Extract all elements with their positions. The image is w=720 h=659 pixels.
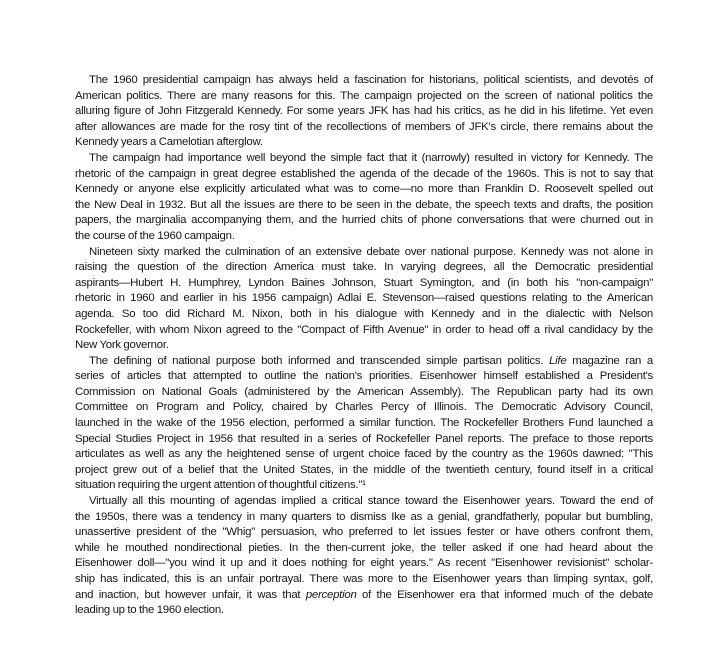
text-line: papers, the marginalia accompanying them…: [75, 213, 653, 229]
text-line: articulates as well as any the heightene…: [75, 447, 653, 463]
text-line: Committee on Program and Policy, chaired…: [75, 400, 653, 416]
text-line: New York governor.: [75, 338, 653, 354]
body-text: The 1960 presidential campaign has alway…: [75, 73, 653, 619]
text-line: Kennedy years a Camelotian afterglow.: [75, 135, 653, 151]
text-line: agenda. So too did Richard M. Nixon, bot…: [75, 307, 653, 323]
text-line: Rockefeller, with whom Nixon agreed to t…: [75, 323, 653, 339]
text-line: unassertive president of the "Whig" pers…: [75, 525, 653, 541]
text-line: Special Studies Project in 1956 that res…: [75, 432, 653, 448]
text-line: Virtually all this mounting of agendas i…: [75, 494, 653, 510]
text-line: series of articles that attempted to out…: [75, 369, 653, 385]
text-line: The 1960 presidential campaign has alway…: [75, 73, 653, 89]
paragraph-1: The 1960 presidential campaign has alway…: [75, 73, 653, 151]
text-line: leading up to the 1960 election.: [75, 603, 653, 619]
text-line: The campaign had importance well beyond …: [75, 151, 653, 167]
text-line: rhetoric in 1960 and earlier in his 1956…: [75, 291, 653, 307]
text-line: rhetoric of the campaign in great degree…: [75, 167, 653, 183]
text-line: Eisenhower doll—"you wind it up and it d…: [75, 556, 653, 572]
text-line: Nineteen sixty marked the culmination of…: [75, 245, 653, 261]
text-line: the 1950s, there was a tendency in many …: [75, 510, 653, 526]
text-line: and inaction, but however unfair, it was…: [75, 588, 653, 604]
text-line: after allowances are made for the rosy t…: [75, 120, 653, 136]
text-line: the course of the 1960 campaign.: [75, 229, 653, 245]
text-line: Kennedy or anyone else explicitly articu…: [75, 182, 653, 198]
text-line: ship has indicated, this is an unfair po…: [75, 572, 653, 588]
paragraph-4: The defining of national purpose both in…: [75, 354, 653, 494]
text-line: alluring figure of John Fitzgerald Kenne…: [75, 104, 653, 120]
text-line: The defining of national purpose both in…: [75, 354, 653, 370]
text-line: project grew out of a belief that the Un…: [75, 463, 653, 479]
text-line: American politics. There are many reason…: [75, 89, 653, 105]
text-line: Commission on National Goals (administer…: [75, 385, 653, 401]
paragraph-5: Virtually all this mounting of agendas i…: [75, 494, 653, 619]
text-line: situation requiring the urgent attention…: [75, 478, 653, 494]
text-line: launched in the wake of the 1956 electio…: [75, 416, 653, 432]
text-line: raising the question of the direction Am…: [75, 260, 653, 276]
paragraph-3: Nineteen sixty marked the culmination of…: [75, 245, 653, 354]
text-line: aspirants—Hubert H. Humphrey, Lyndon Bai…: [75, 276, 653, 292]
paragraph-2: The campaign had importance well beyond …: [75, 151, 653, 245]
document-page: The 1960 presidential campaign has alway…: [0, 0, 720, 659]
text-line: the New Deal in 1932. But all the issues…: [75, 198, 653, 214]
text-line: while he mouthed nondirectional pieties.…: [75, 541, 653, 557]
